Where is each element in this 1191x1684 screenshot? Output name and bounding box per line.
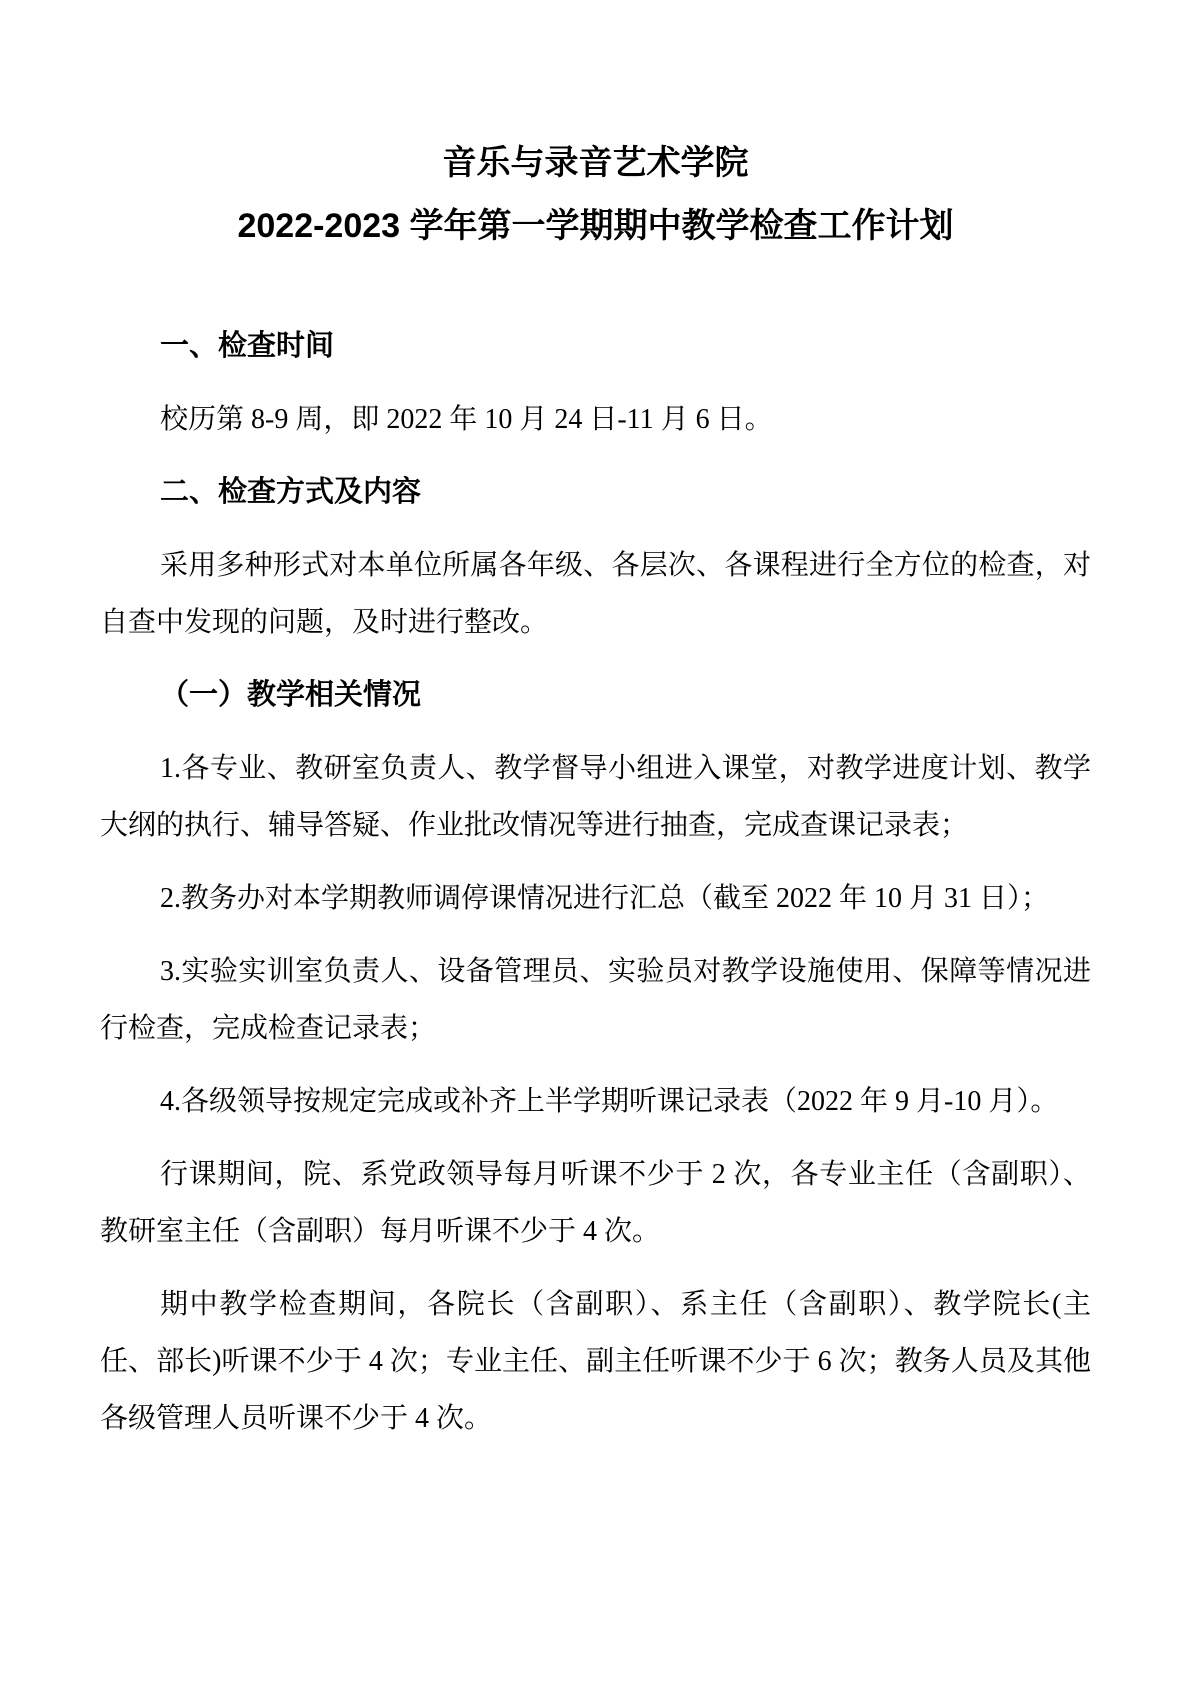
document-subtitle: 2022-2023 学年第一学期期中教学检查工作计划 (100, 195, 1091, 258)
subsection-heading-teaching-situation: （一）教学相关情况 (100, 667, 1091, 724)
paragraph-check-time: 校历第 8-9 周，即 2022 年 10 月 24 日-11 月 6 日。 (100, 391, 1091, 448)
paragraph-lecture-listening-during-term: 行课期间，院、系党政领导每月听课不少于 2 次，各专业主任（含副职）、教研室主任… (100, 1146, 1091, 1260)
document-title: 音乐与录音艺术学院 (100, 132, 1091, 195)
document-page: 音乐与录音艺术学院 2022-2023 学年第一学期期中教学检查工作计划 一、检… (0, 0, 1191, 1684)
paragraph-item-2: 2.教务办对本学期教师调停课情况进行汇总（截至 2022 年 10 月 31 日… (100, 870, 1091, 927)
paragraph-item-4: 4.各级领导按规定完成或补齐上半学期听课记录表（2022 年 9 月-10 月）… (100, 1073, 1091, 1130)
paragraph-item-3: 3.实验实训室负责人、设备管理员、实验员对教学设施使用、保障等情况进行检查，完成… (100, 943, 1091, 1057)
section-heading-check-time: 一、检查时间 (100, 318, 1091, 375)
paragraph-lecture-listening-midterm: 期中教学检查期间，各院长（含副职）、系主任（含副职）、教学院长(主任、部长)听课… (100, 1276, 1091, 1447)
paragraph-item-1: 1.各专业、教研室负责人、教学督导小组进入课堂，对教学进度计划、教学大纲的执行、… (100, 740, 1091, 854)
section-heading-check-method: 二、检查方式及内容 (100, 464, 1091, 521)
paragraph-check-method-intro: 采用多种形式对本单位所属各年级、各层次、各课程进行全方位的检查，对自查中发现的问… (100, 537, 1091, 651)
